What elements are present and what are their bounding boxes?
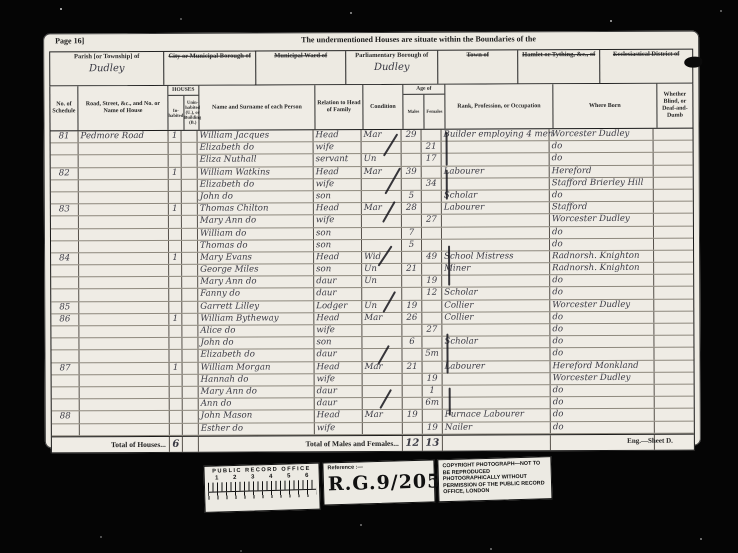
cell-s (51, 143, 79, 154)
district-box-label: Town of (440, 51, 515, 59)
cell-born: do (551, 409, 655, 421)
cell-af: 19 (423, 373, 443, 384)
cell-rel: Head (314, 203, 362, 214)
ruler-number: 1 (215, 475, 219, 481)
cell-blind (655, 409, 694, 420)
cell-rel: daur (315, 398, 363, 409)
col-houses-label: HOUSES (168, 86, 198, 96)
cell-occ: Nailer (443, 422, 551, 434)
cell-af: 21 (422, 142, 442, 153)
cell-occ (442, 141, 550, 153)
cell-am: 39 (402, 166, 422, 177)
cell-born: Stafford Brierley Hill (550, 178, 654, 190)
cell-rel: Head (315, 410, 363, 421)
cell-blind (654, 287, 693, 298)
cell-s (52, 375, 80, 386)
cell-am (402, 325, 422, 336)
cell-blind (654, 238, 693, 249)
cell-inh (170, 399, 183, 410)
cell-road (80, 411, 170, 423)
cell-name: John Mason (199, 411, 315, 423)
cell-af: 34 (422, 178, 442, 189)
cell-inh (169, 143, 182, 154)
cell-rel: daur (315, 386, 363, 397)
cell-inh (169, 350, 182, 361)
cell-s (51, 217, 79, 228)
cell-s (51, 351, 79, 362)
cell-af (422, 313, 442, 324)
cell-road (79, 167, 169, 179)
cell-road (79, 289, 169, 301)
cell-occ: School Mistress (442, 251, 550, 263)
cell-blind (654, 250, 693, 261)
cell-blind (654, 299, 693, 310)
cell-am (403, 386, 423, 397)
page-title: The undermentioned Houses are situate wi… (301, 34, 536, 44)
cell-road (79, 302, 169, 314)
cell-name: John do (198, 337, 314, 349)
cell-cond: Un (362, 276, 402, 287)
cell-rel: wife (314, 179, 362, 190)
district-box: Town of (438, 50, 518, 83)
cell-am: 28 (402, 203, 422, 214)
total-females-value: 13 (423, 435, 443, 450)
district-box: Parliamentary Borough ofDudley (346, 51, 438, 84)
cell-inh (169, 277, 182, 288)
cell-born: do (550, 312, 654, 324)
cell-blind (655, 360, 694, 371)
cell-blind (654, 226, 693, 237)
cell-occ (442, 227, 550, 239)
cell-af: 27 (422, 215, 442, 226)
cell-s: 88 (52, 412, 80, 423)
cell-born: Worcester Dudley (551, 373, 655, 385)
district-box-label: Parliamentary Borough of (348, 52, 435, 60)
cell-unh (182, 143, 198, 154)
ruler-number: 4 (269, 474, 273, 480)
cell-unh (182, 167, 198, 178)
cell-s: 87 (52, 363, 80, 374)
cell-road (79, 350, 169, 362)
cell-inh (169, 216, 182, 227)
cell-cond (362, 337, 402, 348)
cell-occ: Collier (442, 312, 550, 324)
cell-s (52, 424, 80, 435)
cell-occ (442, 215, 550, 227)
cell-rel: son (314, 337, 362, 348)
cell-af (422, 130, 442, 141)
cell-born: Hereford (550, 165, 654, 177)
cell-occ (443, 373, 551, 385)
cell-af: 19 (422, 276, 442, 287)
cell-occ: Labourer (442, 202, 550, 214)
cell-born: do (551, 421, 655, 433)
cell-road (79, 241, 169, 253)
cell-cond (362, 142, 402, 153)
cell-af: 12 (422, 288, 442, 299)
cell-am (402, 154, 422, 165)
col-age-label: Age of (403, 85, 444, 95)
cell-af (422, 300, 442, 311)
cell-road (79, 192, 169, 204)
cell-cond (362, 191, 402, 202)
cell-born: Stafford (550, 202, 654, 214)
sheet-note: Eng.—Sheet D. (627, 437, 673, 445)
cell-s (51, 192, 79, 203)
cell-born: do (550, 324, 654, 336)
cell-blind (654, 141, 693, 152)
cell-rel: servant (314, 154, 362, 165)
cell-unh (182, 192, 198, 203)
col-blind: Whether Blind, or Deaf-and-Dumb (657, 84, 692, 128)
stamp-strip: PUBLIC RECORD OFFICE 123456 Reference :—… (203, 456, 552, 513)
cell-born: Radnorsh. Knighton (550, 251, 654, 263)
cell-road (79, 326, 169, 338)
cell-blind (654, 165, 693, 176)
district-box: Parish [or Township] ofDudley (50, 52, 164, 85)
cell-unh (182, 265, 198, 276)
cell-occ (442, 154, 550, 166)
cell-am: 6 (402, 337, 422, 348)
cell-blind (654, 177, 693, 188)
cell-unh (182, 326, 198, 337)
cell-af (423, 410, 443, 421)
cell-am (403, 422, 423, 433)
cell-unh (182, 131, 198, 142)
district-box-label: City or Municipal Borough of (166, 53, 253, 61)
cell-unh (182, 338, 198, 349)
cell-cond: Mar (362, 203, 402, 214)
cell-name: Elizabeth do (198, 142, 314, 154)
cell-rel: wife (314, 215, 362, 226)
cell-s (51, 326, 79, 337)
total-males-females-label: Total of Males and Females... (199, 436, 403, 452)
cell-born: do (550, 226, 654, 238)
cell-name: Ann do (199, 398, 315, 410)
cell-af (422, 337, 442, 348)
cell-unh (183, 411, 199, 422)
district-box-label: Parish [or Township] of (52, 53, 161, 61)
cell-inh: 1 (169, 314, 182, 325)
film-noise (60, 8, 62, 10)
cell-rel: daur (314, 276, 362, 287)
cell-occ: Labourer (443, 361, 551, 373)
cell-occ (442, 275, 550, 287)
cell-occ (443, 385, 551, 397)
cell-cond (362, 240, 402, 251)
cell-road (79, 265, 169, 277)
col-relation: Relation to Head of Family (315, 85, 363, 129)
cell-rel: son (314, 191, 362, 202)
cell-blind (655, 385, 694, 396)
cell-rel: Head (314, 313, 362, 324)
district-header-row: Parish [or Township] ofDudleyCity or Mun… (49, 49, 693, 87)
cell-blind (655, 372, 694, 383)
cell-am (402, 349, 422, 360)
cell-road (79, 143, 169, 155)
cell-unh (183, 375, 199, 386)
cell-born: do (550, 190, 654, 202)
ruler-number: 2 (233, 475, 237, 481)
cell-occ (443, 397, 551, 409)
cell-af (422, 239, 442, 250)
total-houses-label: Total of Houses... (52, 437, 170, 453)
cell-unh (182, 289, 198, 300)
cell-name: Thomas Chilton (198, 203, 314, 215)
cell-inh (169, 192, 182, 203)
cell-s: 86 (51, 314, 79, 325)
cell-born: do (550, 153, 654, 165)
totals-spacer-2 (443, 435, 551, 450)
cell-road: Pedmore Road (79, 131, 169, 143)
cell-born: Worcester Dudley (550, 129, 654, 141)
cell-cond: Mar (363, 361, 403, 372)
cell-am (403, 374, 423, 385)
cell-name: Alice do (198, 325, 314, 337)
cell-s (51, 180, 79, 191)
cell-occ (442, 239, 550, 251)
cell-name: Mary Ann do (199, 386, 315, 398)
cell-born: Worcester Dudley (550, 214, 654, 226)
pro-ruler-box: PUBLIC RECORD OFFICE 123456 (203, 463, 320, 513)
cell-blind (655, 421, 694, 432)
district-box: Municipal Ward of (256, 51, 346, 84)
cell-rel: Head (314, 252, 362, 263)
cell-name: Hannah do (199, 374, 315, 386)
cell-s: 83 (51, 204, 79, 215)
cell-name: John do (198, 191, 314, 203)
cell-cond (363, 386, 403, 397)
cell-rel: wife (314, 142, 362, 153)
col-houses: HOUSES In-habited Unin-habited (U.), or … (168, 86, 199, 130)
cell-cond (362, 325, 402, 336)
cell-name: William Watkins (198, 167, 314, 179)
cell-af: 6m (423, 398, 443, 409)
cell-af (422, 191, 442, 202)
cell-born: do (550, 141, 654, 153)
cell-occ: Scholar (442, 336, 550, 348)
col-name: Name and Surname of each Person (199, 85, 315, 130)
cell-occ (442, 324, 550, 336)
cell-blind (654, 202, 693, 213)
cell-road (79, 204, 169, 216)
cell-road (79, 253, 169, 265)
cell-cond (362, 227, 402, 238)
cell-af: 49 (422, 252, 442, 263)
cell-rel: Head (314, 130, 362, 141)
cell-born: Hereford Monkland (551, 360, 655, 372)
cell-unh (183, 423, 199, 434)
cell-am (402, 142, 422, 153)
pro-copyright-box: COPYRIGHT PHOTOGRAPH—NOT TO BE REPRODUCE… (437, 456, 552, 502)
cell-af: 1 (423, 386, 443, 397)
table-body: 81Pedmore Road1William JacquesHeadMar29B… (51, 129, 694, 436)
cell-name: Garrett Lilley (198, 301, 314, 313)
cell-blind (654, 348, 693, 359)
cell-blind (654, 324, 693, 335)
cell-inh (169, 265, 182, 276)
cell-inh: 1 (170, 362, 183, 373)
cell-s: 82 (51, 168, 79, 179)
cell-occ: Scholar (442, 288, 550, 300)
cell-name: William Morgan (199, 362, 315, 374)
cell-s (51, 229, 79, 240)
cell-road (80, 375, 170, 387)
cell-am: 29 (402, 130, 422, 141)
cell-name: William Jacques (198, 130, 314, 142)
cell-af (422, 227, 442, 238)
cell-name: Thomas do (198, 240, 314, 252)
cell-cond (363, 422, 403, 433)
cell-blind (654, 214, 693, 225)
district-box: Ecclesiastical District of (600, 50, 692, 83)
total-houses-value: 6 (170, 437, 183, 452)
totals-spacer-1 (183, 436, 199, 451)
cell-unh (182, 216, 198, 227)
cell-occ (442, 349, 550, 361)
cell-blind (654, 311, 693, 322)
cell-inh (170, 375, 183, 386)
cell-name: Elizabeth do (198, 179, 314, 191)
col-age: Age of Males Females (403, 85, 445, 129)
cell-name: Mary Ann do (198, 277, 314, 289)
cell-inh (169, 155, 182, 166)
ruler-number: 5 (287, 473, 291, 479)
totals-row: Total of Houses... 6 Total of Males and … (52, 433, 694, 452)
cell-s (51, 338, 79, 349)
cell-name: Mary Evans (198, 252, 314, 264)
cell-unh (183, 387, 199, 398)
cell-s (52, 399, 80, 410)
cell-cond (362, 179, 402, 190)
cell-born: do (550, 275, 654, 287)
cell-af: 17 (422, 154, 442, 165)
cell-road (80, 362, 170, 374)
col-condition: Condition (363, 85, 403, 129)
cell-inh (169, 180, 182, 191)
cell-af (422, 264, 442, 275)
cell-occ: Collier (442, 300, 550, 312)
cell-rel: son (314, 240, 362, 251)
census-table: No. of Schedule Road, Street, &c., and N… (49, 84, 695, 453)
cell-am: 19 (403, 410, 423, 421)
cell-s (51, 290, 79, 301)
census-page: Page 16] The undermentioned Houses are s… (43, 31, 701, 449)
cell-s (52, 387, 80, 398)
cell-cond (362, 288, 402, 299)
cell-blind (654, 275, 693, 286)
cell-name: Fanny do (198, 289, 314, 301)
cell-born: Worcester Dudley (550, 299, 654, 311)
reference-number: R.G.9/2058 (328, 471, 431, 496)
cell-am (402, 288, 422, 299)
cell-occ: Furnace Labourer (443, 410, 551, 422)
cell-unh (182, 180, 198, 191)
cell-road (79, 228, 169, 240)
col-schedule: No. of Schedule (50, 86, 78, 130)
cell-rel: wife (314, 325, 362, 336)
page-number: Page 16] (55, 36, 84, 45)
cell-road (80, 387, 170, 399)
cell-af: 19 (423, 422, 443, 433)
cell-af (422, 166, 442, 177)
table-header: No. of Schedule Road, Street, &c., and N… (50, 84, 692, 132)
cell-road (79, 155, 169, 167)
cell-inh (170, 387, 183, 398)
cell-name: George Miles (198, 264, 314, 276)
cell-road (80, 399, 170, 411)
cell-s (51, 241, 79, 252)
cell-inh (169, 228, 182, 239)
district-box-label: Municipal Ward of (258, 52, 343, 60)
district-box-value: Dudley (348, 61, 435, 72)
district-box-value: Dudley (52, 62, 161, 73)
cell-blind (654, 336, 693, 347)
cell-am: 7 (402, 227, 422, 238)
cell-born: do (551, 385, 655, 397)
cell-rel: Head (314, 167, 362, 178)
cell-name: Esther do (199, 423, 315, 435)
cell-rel: son (314, 228, 362, 239)
cell-road (79, 180, 169, 192)
cell-am (402, 215, 422, 226)
cell-unh (182, 253, 198, 264)
district-box-label: Ecclesiastical District of (602, 51, 690, 59)
cell-unh (182, 240, 198, 251)
cell-am: 19 (402, 300, 422, 311)
cell-af (423, 361, 443, 372)
cell-name: Elizabeth do (198, 350, 314, 362)
cell-road (79, 314, 169, 326)
cell-s: 81 (51, 131, 79, 142)
cell-am: 26 (402, 313, 422, 324)
cell-rel: daur (314, 349, 362, 360)
cell-cond: Mar (363, 410, 403, 421)
page-header: Page 16] The undermentioned Houses are s… (43, 31, 699, 51)
cell-unh (182, 301, 198, 312)
cell-rel: Lodger (314, 301, 362, 312)
cell-s: 84 (51, 253, 79, 264)
pro-reference-box: Reference :— R.G.9/2058 (322, 459, 435, 505)
cell-inh (170, 423, 183, 434)
col-age-males: Males (403, 95, 424, 129)
cell-born: do (550, 348, 654, 360)
cell-unh (182, 228, 198, 239)
cell-name: William Bytheway (198, 313, 314, 325)
cell-name: Eliza Nuthall (198, 155, 314, 167)
cell-am (402, 276, 422, 287)
cell-name: William do (198, 228, 314, 240)
cell-inh (169, 301, 182, 312)
col-where-born: Where Born (553, 84, 657, 128)
cell-born: do (550, 336, 654, 348)
cell-born: do (550, 287, 654, 299)
cell-road (79, 338, 169, 350)
cell-occ: Builder employing 4 men (442, 129, 550, 141)
cell-am: 21 (402, 264, 422, 275)
cell-am (403, 398, 423, 409)
ruler-number: 3 (251, 474, 255, 480)
cell-occ (442, 178, 550, 190)
cell-born: Radnorsh. Knighton (550, 263, 654, 275)
cell-am (402, 179, 422, 190)
cell-rel: son (314, 264, 362, 275)
cell-am: 21 (403, 361, 423, 372)
cell-blind (654, 190, 693, 201)
cell-rel: wife (315, 374, 363, 385)
cell-cond: Un (362, 264, 402, 275)
col-age-females: Females (424, 94, 444, 128)
